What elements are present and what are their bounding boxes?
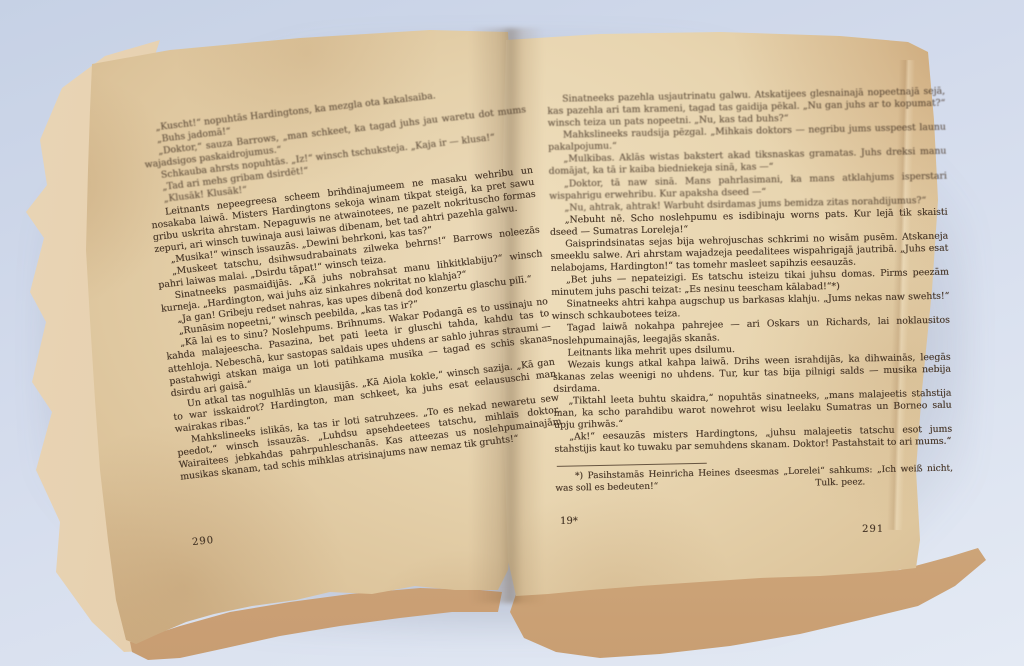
footnote-separator-rule [557, 463, 707, 467]
footnote-attribution: Tulk. peez. [815, 477, 865, 490]
right-page-text: Sinatneeks pazehla usjautrinatu galwu. A… [547, 86, 953, 496]
printer-signature-mark: 19* [560, 516, 578, 527]
photo-open-book: „Kuscht!“ nopuhtās Hardingtons, ka mezgl… [0, 0, 1024, 666]
page-number-290: 290 [191, 535, 214, 548]
page-number-291: 291 [862, 524, 884, 535]
left-page-text: „Kuscht!“ nopuhtās Hardingtons, ka mezgl… [140, 80, 564, 484]
